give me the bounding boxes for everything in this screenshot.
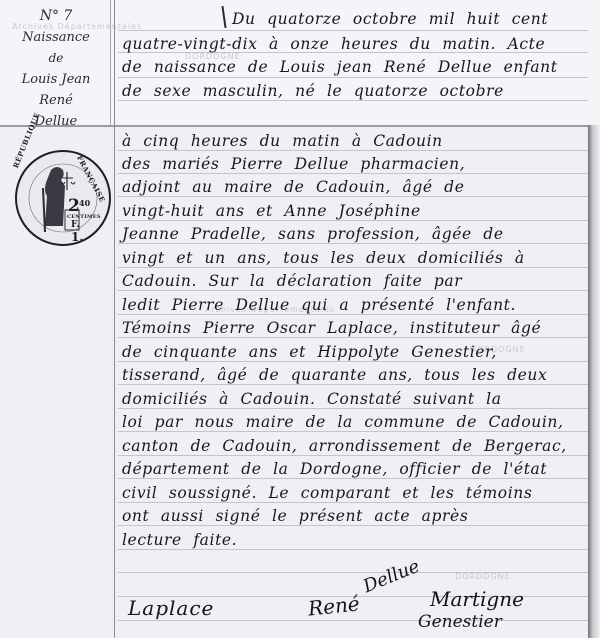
fiscal-stamp: 2 40 CENTIMES F. 1. RÉPUBLIQUE FRANÇAISE bbox=[13, 148, 113, 248]
body-line: ont aussi signé le présent acte après bbox=[122, 507, 588, 525]
ruled-line bbox=[118, 196, 588, 197]
body-line: tisserand, âgé de quarante ans, tous les… bbox=[122, 366, 588, 384]
ruled-line bbox=[118, 337, 588, 338]
ruled-line bbox=[118, 408, 588, 409]
stamp-denomination-value: 1. bbox=[71, 230, 84, 244]
body-line: de naissance de Louis jean René Dellue e… bbox=[122, 58, 588, 76]
ruled-line bbox=[118, 572, 588, 573]
ruled-line bbox=[118, 431, 588, 432]
ruled-line bbox=[118, 243, 588, 244]
margin-line: Dellue bbox=[0, 111, 112, 132]
body-line: des mariés Pierre Dellue pharmacien, bbox=[122, 155, 588, 173]
ruled-line bbox=[118, 77, 588, 78]
ruled-line bbox=[118, 361, 588, 362]
ruled-line bbox=[118, 549, 588, 550]
signature-martigne: Martigne bbox=[430, 587, 524, 611]
body-line: loi par nous maire de la commune de Cado… bbox=[122, 413, 588, 431]
ruled-line bbox=[118, 384, 588, 385]
body-line: vingt-huit ans et Anne Joséphine bbox=[122, 202, 588, 220]
body-line: de sexe masculin, né le quatorze octobre bbox=[122, 82, 588, 100]
ruled-line bbox=[118, 314, 588, 315]
body-line: lecture faite. bbox=[122, 531, 588, 549]
document-page: Archives Départementales DORDOGNE Archiv… bbox=[0, 0, 600, 638]
sheet-edge-shadow bbox=[588, 125, 600, 638]
signature-genestier: Genestier bbox=[418, 612, 502, 632]
ruled-line bbox=[118, 267, 588, 268]
ruled-line bbox=[118, 150, 588, 151]
margin-line: Louis Jean bbox=[0, 69, 112, 90]
ruled-line bbox=[118, 502, 588, 503]
ruled-line bbox=[118, 173, 588, 174]
margin-annotation: N° 7 Naissance de Louis Jean René Dellue bbox=[0, 6, 112, 132]
ruled-line bbox=[118, 100, 588, 101]
margin-line: de bbox=[0, 48, 112, 69]
stamp-denomination: F. bbox=[71, 220, 80, 230]
ruled-line bbox=[118, 455, 588, 456]
body-line: Du quatorze octobre mil huit cent bbox=[232, 10, 598, 28]
body-line: adjoint au maire de Cadouin, âgé de bbox=[122, 178, 588, 196]
body-line: vingt et un ans, tous les deux domicilié… bbox=[122, 249, 588, 267]
archive-watermark: DORDOGNE bbox=[455, 572, 511, 581]
ruled-line bbox=[118, 620, 588, 621]
ruled-line bbox=[118, 220, 588, 221]
stamp-fraction: 40 bbox=[79, 198, 90, 208]
ruled-line bbox=[118, 30, 588, 31]
body-line: civil soussigné. Le comparant et les tém… bbox=[122, 484, 588, 502]
signature-laplace: Laplace bbox=[128, 596, 214, 620]
body-line: Témoins Pierre Oscar Laplace, instituteu… bbox=[122, 319, 588, 337]
act-number: N° 7 bbox=[0, 6, 112, 27]
body-line: domiciliés à Cadouin. Constaté suivant l… bbox=[122, 390, 588, 408]
body-line: ledit Pierre Dellue qui a présenté l'enf… bbox=[122, 296, 588, 314]
body-line: Jeanne Pradelle, sans profession, âgée d… bbox=[122, 225, 588, 243]
margin-line: René bbox=[0, 90, 112, 111]
body-line: de cinquante ans et Hippolyte Genestier, bbox=[122, 343, 588, 361]
body-line: à cinq heures du matin à Cadouin bbox=[122, 132, 588, 150]
body-line: département de la Dordogne, officier de … bbox=[122, 460, 588, 478]
body-line: quatre-vingt-dix à onze heures du matin.… bbox=[122, 35, 588, 53]
margin-line: Naissance bbox=[0, 27, 112, 48]
body-line: canton de Cadouin, arrondissement de Ber… bbox=[122, 437, 588, 455]
body-line: Cadouin. Sur la déclaration faite par bbox=[122, 272, 588, 290]
ruled-line bbox=[118, 478, 588, 479]
ruled-line bbox=[118, 290, 588, 291]
margin-divider bbox=[114, 0, 115, 638]
ruled-line bbox=[118, 525, 588, 526]
